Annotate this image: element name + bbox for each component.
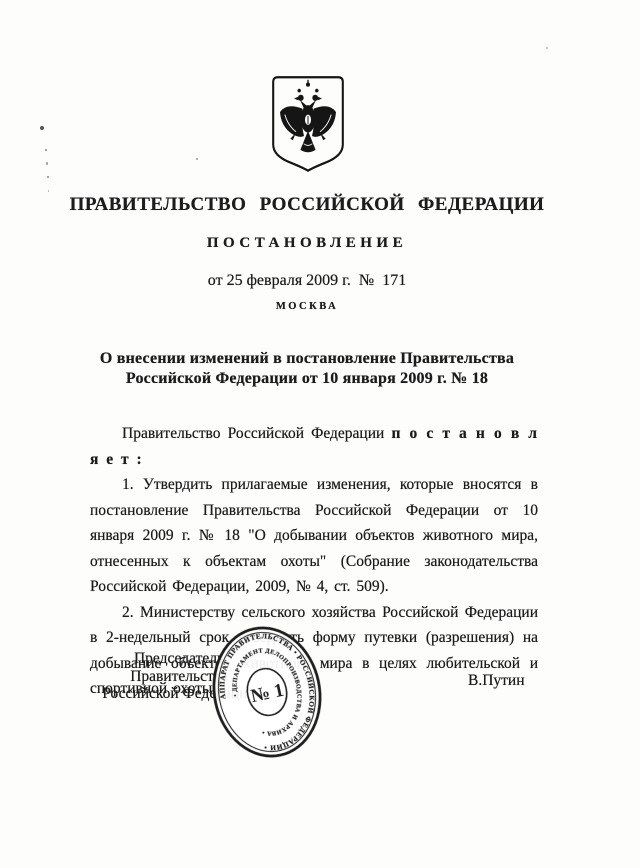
date-and-number-line: от 25 февраля 2009 г. № 171 xyxy=(0,272,614,290)
scan-speck xyxy=(46,162,48,165)
scan-speck xyxy=(47,176,49,178)
title-line-2: Российской Федерации от 10 января 2009 г… xyxy=(0,369,614,389)
issuing-authority: ПРАВИТЕЛЬСТВО РОССИЙСКОЙ ФЕДЕРАЦИИ xyxy=(0,194,614,216)
title-line-1: О внесении изменений в постановление Пра… xyxy=(0,349,614,369)
double-headed-eagle-icon xyxy=(272,76,344,172)
enacting-clause: Правительство Российской Федерации п о с… xyxy=(90,421,538,472)
scan-speck xyxy=(40,126,44,130)
coat-of-arms xyxy=(272,76,344,172)
document-type-heading: ПОСТАНОВЛЕНИЕ xyxy=(0,235,614,252)
scan-speck xyxy=(196,158,198,160)
scan-speck xyxy=(45,149,47,151)
scan-speck xyxy=(546,47,548,49)
signatory-name: В.Путин xyxy=(468,672,525,690)
enacting-clause-text: Правительство Российской Федерации xyxy=(122,425,391,442)
city-label: МОСКВА xyxy=(0,301,614,312)
scanned-decree-page: ПРАВИТЕЛЬСТВО РОССИЙСКОЙ ФЕДЕРАЦИИ ПОСТА… xyxy=(0,0,640,868)
document-title: О внесении изменений в постановление Пра… xyxy=(0,349,614,388)
scan-speck xyxy=(48,190,49,192)
paragraph-1: 1. Утвердить прилагаемые изменения, кото… xyxy=(90,472,538,600)
